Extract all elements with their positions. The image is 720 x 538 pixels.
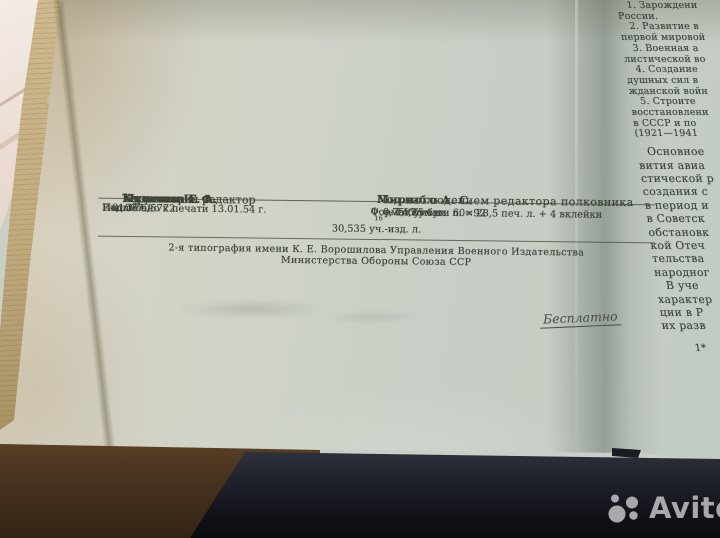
toc-line: ции в Р	[659, 306, 720, 319]
toc-line: В уче	[655, 279, 720, 292]
format-slash: /	[375, 207, 378, 218]
toc-line: стической р	[640, 172, 720, 185]
toc-line: народног	[653, 266, 720, 279]
imprint-order-number: Заказ № 2	[102, 203, 153, 215]
watermark: Avito	[600, 488, 720, 528]
avito-logo-icon	[600, 488, 644, 528]
signature-mark: 1*	[694, 343, 720, 354]
toc-line: создания с	[642, 185, 720, 198]
toc-line: характер	[657, 293, 720, 306]
toc-line: их разв	[661, 319, 720, 332]
watermark-brand-text: Avito	[649, 488, 720, 528]
toc-line: Основное	[636, 145, 720, 158]
toc-line: 3. Военная а	[622, 44, 720, 55]
toc-line: тельства	[651, 252, 720, 265]
colophon-block: Под наблюдением редактора полковника Мир…	[98, 190, 656, 271]
book-photo-scene: Под наблюдением редактора полковника Мир…	[0, 0, 720, 538]
toc-line: вития авиа	[638, 159, 720, 172]
toc-line: в период и	[644, 199, 720, 212]
toc-line: (1921—1941	[634, 129, 720, 140]
price-note: Бесплатно	[540, 308, 621, 329]
ink-smudge	[175, 299, 325, 319]
toc-line: обстановк	[648, 226, 720, 239]
toc-line: в Советск	[646, 212, 720, 225]
format-rest3: = 1,5 печ. л.	[383, 207, 448, 219]
ink-smudge	[320, 310, 420, 324]
editor-name: Мирного А. С.	[377, 193, 473, 207]
toc-line: кой Отеч	[649, 239, 720, 252]
